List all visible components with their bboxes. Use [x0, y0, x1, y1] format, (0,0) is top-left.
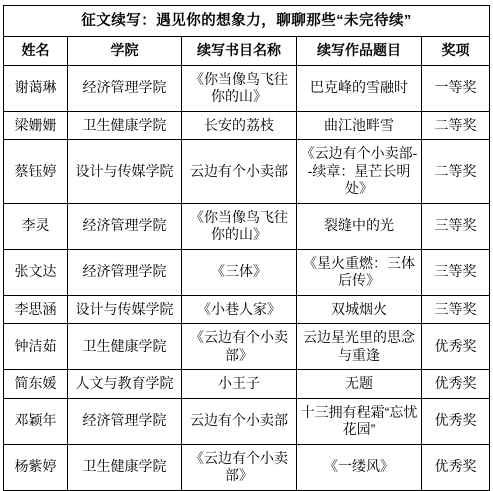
table-row: 杨紫婷卫生健康学院《云边有个小卖部》《一缕风》优秀奖: [4, 444, 490, 490]
cell-award: 二等奖: [422, 140, 490, 204]
cell-award: 优秀奖: [422, 324, 490, 370]
cell-award: 一等奖: [422, 65, 490, 111]
cell-award: 优秀奖: [422, 370, 490, 399]
cell-award: 优秀奖: [422, 444, 490, 490]
cell-book-title: 《小巷人家》: [182, 295, 297, 324]
cell-book-title: 《你当像鸟飞往你的山》: [182, 65, 297, 111]
cell-award: 二等奖: [422, 111, 490, 140]
table-row: 李思涵设计与传媒学院《小巷人家》双城烟火三等奖: [4, 295, 490, 324]
cell-college: 卫生健康学院: [68, 111, 182, 140]
cell-college: 设计与传媒学院: [68, 295, 182, 324]
cell-book-title: 小王子: [182, 370, 297, 399]
cell-book-title: 云边有个小卖部: [182, 140, 297, 204]
cell-college: 卫生健康学院: [68, 444, 182, 490]
cell-work-title: 双城烟火: [297, 295, 422, 324]
cell-book-title: 《云边有个小卖部》: [182, 444, 297, 490]
cell-name: 简东媛: [4, 370, 68, 399]
cell-work-title: 《星火重燃：三体后传》: [297, 249, 422, 295]
title-row: 征文续写：遇见你的想象力，聊聊那些“未完待续”: [4, 6, 490, 37]
cell-book-title: 长安的荔枝: [182, 111, 297, 140]
cell-name: 李思涵: [4, 295, 68, 324]
cell-name: 张文达: [4, 249, 68, 295]
col-header-college: 学院: [68, 37, 182, 66]
cell-college: 经济管理学院: [68, 65, 182, 111]
awards-table: 征文续写：遇见你的想象力，聊聊那些“未完待续” 姓名 学院 续写书目名称 续写作…: [3, 5, 490, 491]
cell-book-title: 《云边有个小卖部》: [182, 324, 297, 370]
cell-work-title: 巴克峰的雪融时: [297, 65, 422, 111]
cell-college: 经济管理学院: [68, 398, 182, 444]
table-row: 谢蔼琳经济管理学院《你当像鸟飞往你的山》巴克峰的雪融时一等奖: [4, 65, 490, 111]
cell-work-title: 裂缝中的光: [297, 203, 422, 249]
cell-name: 梁姗姗: [4, 111, 68, 140]
table-row: 梁姗姗卫生健康学院长安的荔枝曲江池畔雪二等奖: [4, 111, 490, 140]
cell-college: 人文与教育学院: [68, 370, 182, 399]
cell-name: 谢蔼琳: [4, 65, 68, 111]
table-row: 蔡钰婷设计与传媒学院云边有个小卖部《云边有个小卖部--续章：星芒长明处》二等奖: [4, 140, 490, 204]
cell-work-title: 曲江池畔雪: [297, 111, 422, 140]
cell-work-title: 《云边有个小卖部--续章：星芒长明处》: [297, 140, 422, 204]
cell-award: 三等奖: [422, 249, 490, 295]
cell-name: 钟洁茹: [4, 324, 68, 370]
cell-work-title: 十三拥有程霜“忘忧花园”: [297, 398, 422, 444]
cell-work-title: 《一缕风》: [297, 444, 422, 490]
cell-award: 三等奖: [422, 295, 490, 324]
table-row: 邓颖年经济管理学院云边有个小卖部十三拥有程霜“忘忧花园”优秀奖: [4, 398, 490, 444]
cell-college: 卫生健康学院: [68, 324, 182, 370]
cell-college: 经济管理学院: [68, 203, 182, 249]
col-header-work-title: 续写作品题目: [297, 37, 422, 66]
table-title: 征文续写：遇见你的想象力，聊聊那些“未完待续”: [4, 6, 490, 37]
table-row: 简东媛人文与教育学院小王子无题优秀奖: [4, 370, 490, 399]
header-row: 姓名 学院 续写书目名称 续写作品题目 奖项: [4, 37, 490, 66]
cell-name: 邓颖年: [4, 398, 68, 444]
col-header-award: 奖项: [422, 37, 490, 66]
cell-name: 杨紫婷: [4, 444, 68, 490]
document-page: 征文续写：遇见你的想象力，聊聊那些“未完待续” 姓名 学院 续写书目名称 续写作…: [0, 0, 493, 483]
table-row: 李灵经济管理学院《你当像鸟飞往你的山》裂缝中的光三等奖: [4, 203, 490, 249]
cell-book-title: 《三体》: [182, 249, 297, 295]
cell-award: 三等奖: [422, 203, 490, 249]
cell-college: 经济管理学院: [68, 249, 182, 295]
cell-work-title: 无题: [297, 370, 422, 399]
table-row: 张文达经济管理学院《三体》《星火重燃：三体后传》三等奖: [4, 249, 490, 295]
col-header-name: 姓名: [4, 37, 68, 66]
cell-name: 蔡钰婷: [4, 140, 68, 204]
table-row: 钟洁茹卫生健康学院《云边有个小卖部》云边星光里的思念与重逢优秀奖: [4, 324, 490, 370]
col-header-book-title: 续写书目名称: [182, 37, 297, 66]
cell-book-title: 云边有个小卖部: [182, 398, 297, 444]
cell-work-title: 云边星光里的思念与重逢: [297, 324, 422, 370]
cell-college: 设计与传媒学院: [68, 140, 182, 204]
cell-award: 优秀奖: [422, 398, 490, 444]
cell-name: 李灵: [4, 203, 68, 249]
table-body: 谢蔼琳经济管理学院《你当像鸟飞往你的山》巴克峰的雪融时一等奖梁姗姗卫生健康学院长…: [4, 65, 490, 490]
cell-book-title: 《你当像鸟飞往你的山》: [182, 203, 297, 249]
